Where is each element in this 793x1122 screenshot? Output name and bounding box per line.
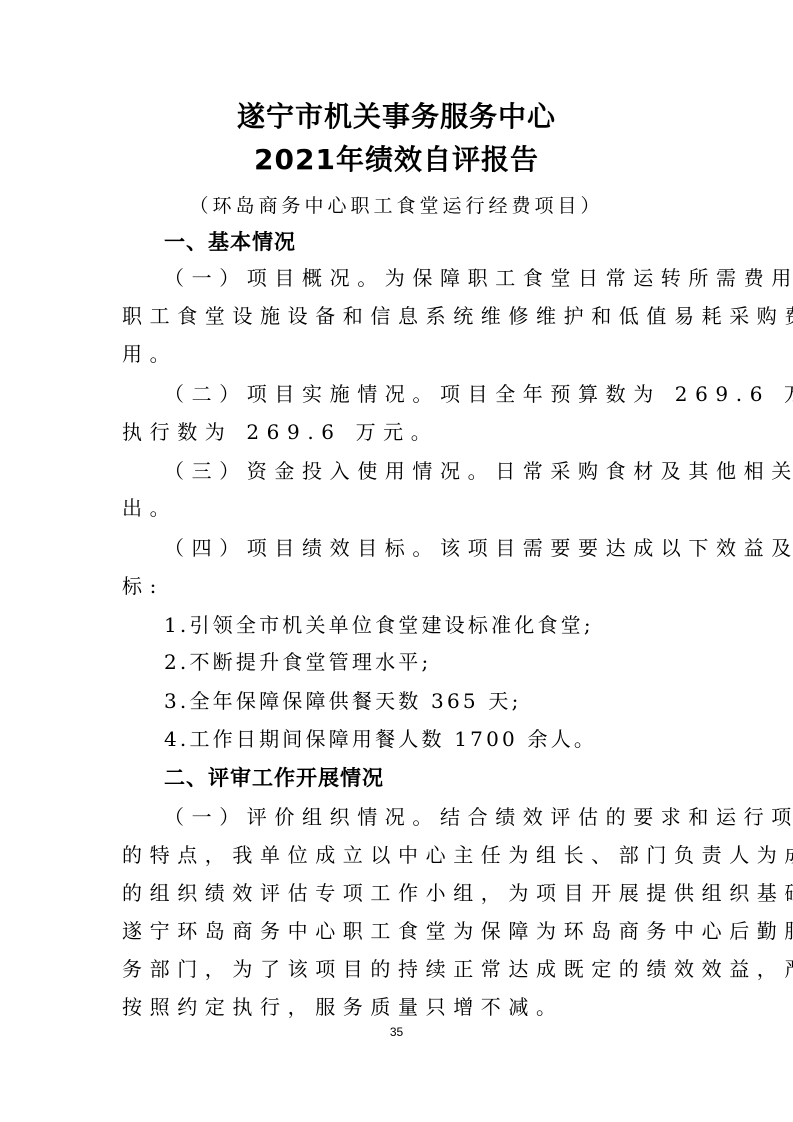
document-title-line1: 遂宁市机关事务服务中心 bbox=[0, 100, 793, 134]
paragraph-line: （四）项目绩效目标。该项目需要要达成以下效益及目 bbox=[164, 534, 724, 562]
document-subtitle: （环岛商务中心职工食堂运行经费项目） bbox=[0, 193, 793, 219]
paragraph-line: 的组织绩效评估专项工作小组，为项目开展提供组织基础。 bbox=[122, 879, 682, 907]
goal-item: 2.不断提升食堂管理水平; bbox=[164, 648, 431, 676]
paragraph-line: 遂宁环岛商务中心职工食堂为保障为环岛商务中心后勤服 bbox=[122, 917, 682, 945]
goal-item: 4.工作日期间保障用餐人数 1700 余人。 bbox=[164, 725, 597, 753]
paragraph-line: 的特点，我单位成立以中心主任为组长、部门负责人为成员 bbox=[122, 841, 682, 869]
paragraph-line: 出。 bbox=[122, 494, 682, 522]
paragraph-line: （一）项目概况。为保障职工食堂日常运转所需费用、 bbox=[164, 264, 724, 292]
document-page: 遂宁市机关事务服务中心 2021年绩效自评报告 （环岛商务中心职工食堂运行经费项… bbox=[0, 0, 793, 1122]
paragraph-line: （一）评价组织情况。结合绩效评估的要求和运行项目 bbox=[164, 803, 724, 831]
paragraph-line: 用。 bbox=[122, 340, 682, 368]
paragraph-line: （二）项目实施情况。项目全年预算数为 269.6 万元， bbox=[164, 380, 724, 408]
paragraph-line: （三）资金投入使用情况。日常采购食材及其他相关支 bbox=[164, 457, 724, 485]
goal-item: 3.全年保障保障供餐天数 365 天; bbox=[164, 687, 522, 715]
goal-item: 1.引领全市机关单位食堂建设标准化食堂; bbox=[164, 611, 594, 639]
paragraph-line: 执行数为 269.6 万元。 bbox=[122, 418, 682, 446]
paragraph-line: 务部门，为了该项目的持续正常达成既定的绩效效益，严格 bbox=[122, 955, 682, 983]
section-heading-review-work: 二、评审工作开展情况 bbox=[164, 764, 384, 792]
paragraph-line: 职工食堂设施设备和信息系统维修维护和低值易耗采购费 bbox=[122, 302, 682, 330]
section-heading-basic-info: 一、基本情况 bbox=[164, 228, 296, 256]
page-number: 35 bbox=[0, 1025, 793, 1039]
document-title-line2: 2021年绩效自评报告 bbox=[0, 143, 793, 177]
paragraph-line: 标: bbox=[122, 572, 682, 600]
paragraph-line: 按照约定执行，服务质量只增不减。 bbox=[122, 993, 682, 1021]
